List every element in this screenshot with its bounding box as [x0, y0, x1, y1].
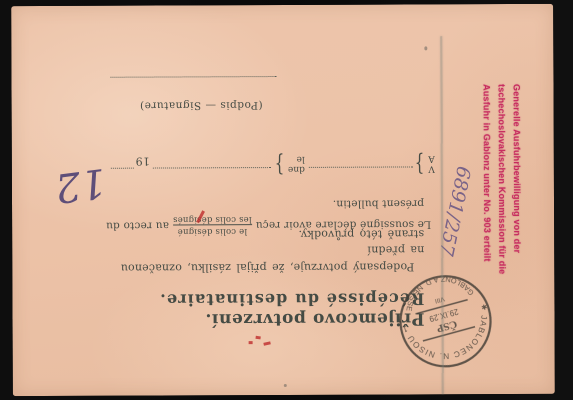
cachet-line2: tschechoslovakischen Kommission für die [493, 84, 509, 298]
colis-singular: le colis désigné [173, 224, 252, 236]
year-dotted-line [111, 168, 134, 169]
heading-czech: Přijemcovo potvrzení. [159, 308, 424, 329]
french-line2: présent bulletin. [333, 197, 424, 209]
colis-plural: les colis désignés [173, 214, 252, 224]
signature-caption: (Podpis — Signature) [140, 99, 263, 112]
place-brace: } [415, 158, 425, 168]
postmark-star-icon: ✱ [480, 302, 488, 311]
body-paragraph-french: Le soussigné déclare avoir reçu le colis… [101, 213, 431, 236]
date-brace: } [275, 159, 285, 169]
card-content-upside-down: Přijemcovo potvrzení. Récépissé du desti… [11, 4, 555, 396]
french-prefix: Le soussigné déclare avoir reçu [256, 218, 432, 231]
year-prefix: 19 [135, 155, 149, 168]
date-label-french: le [297, 154, 305, 164]
french-suffix: au recto du [106, 219, 169, 231]
date-dotted-line [153, 167, 271, 169]
cachet-line1: Generelle Ausfuhrbewilligung von der [508, 84, 524, 298]
french-line1: Le soussigné déclare avoir reçu le colis… [101, 213, 431, 236]
parcel-card: Přijemcovo potvrzení. Récépissé du desti… [11, 4, 555, 396]
red-pen-dash [249, 342, 253, 345]
place-label-french: A [428, 153, 435, 163]
signature-dotted-line [110, 76, 276, 78]
red-pen-dash [263, 342, 270, 346]
colis-options: le colis désigné les colis désignés [173, 214, 252, 236]
red-pen-dash [255, 336, 260, 339]
place-label-czech: V [428, 163, 435, 173]
date-field-labels: dne le } [272, 154, 305, 174]
handwritten-corner-number: 12 [52, 159, 108, 211]
paper-speck [424, 46, 427, 50]
place-dotted-line [309, 166, 413, 167]
paper-speck [284, 384, 287, 387]
scanned-photo: Přijemcovo potvrzení. Récépissé du desti… [0, 0, 573, 400]
date-label-czech: dne [288, 164, 305, 174]
body-czech-line1: Podepsaný potvrzuje, že přijal zásilku, … [121, 244, 425, 275]
place-field-labels: V A } [413, 153, 435, 173]
postmark-hour: VIII [434, 295, 445, 304]
